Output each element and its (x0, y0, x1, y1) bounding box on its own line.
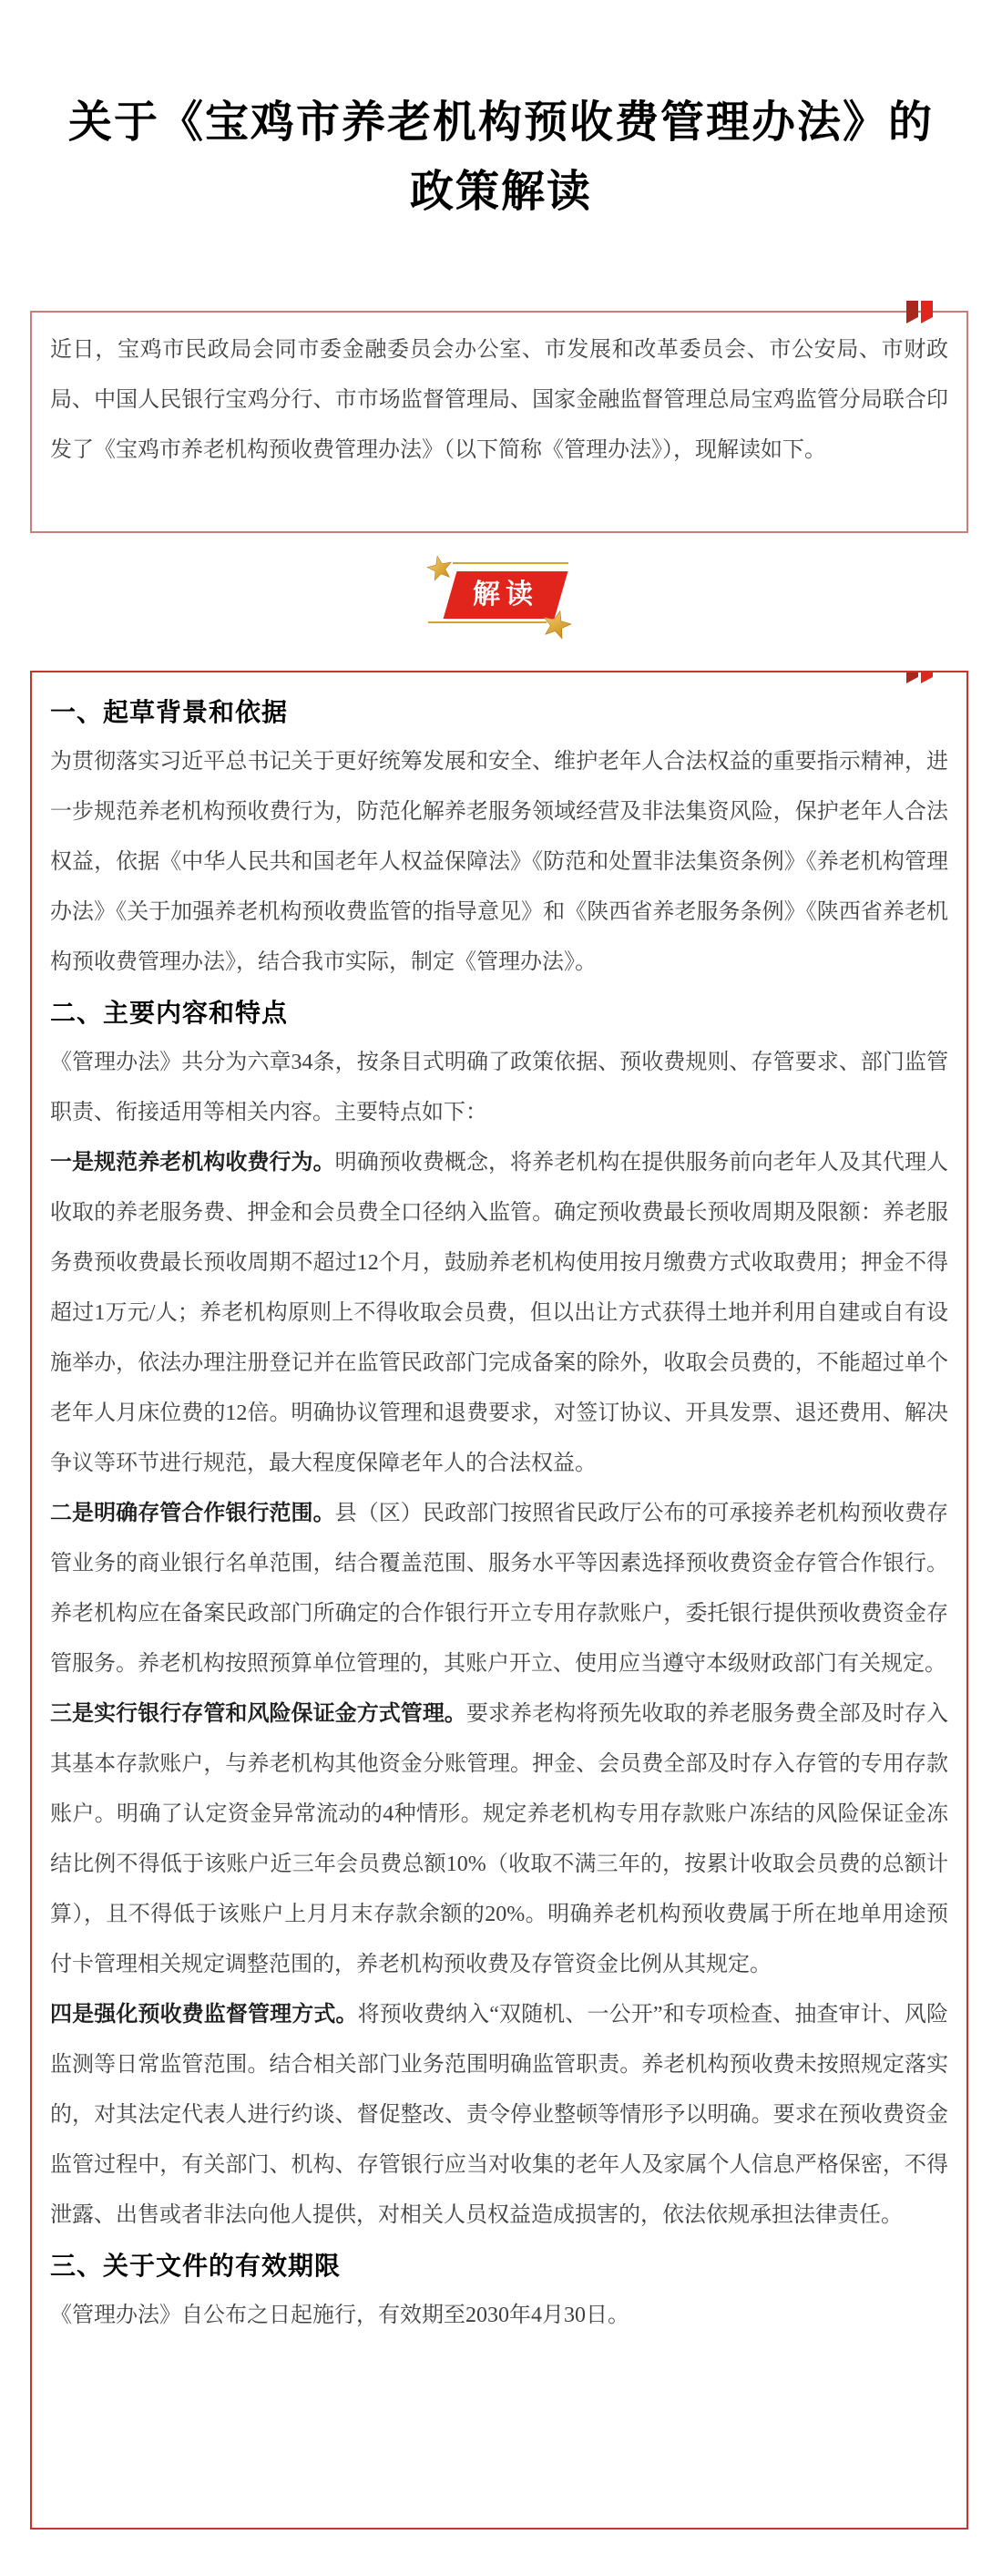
section-1-paragraph: 为贯彻落实习近平总书记关于更好统筹发展和安全、维护老年人合法权益的重要指示精神，… (50, 737, 948, 988)
paragraph-text: 明确预收费概念，将养老机构在提供服务前向老年人及其代理人收取的养老服务费、押金和… (50, 1151, 948, 1475)
paragraph-text: 要求养老构将预先收取的养老服务费全部及时存入其基本存款账户，与养老机构其他资金分… (50, 1702, 948, 1976)
policy-article-page: 关于《宝鸡市养老机构预收费管理办法》的 政策解读 近日，宝鸡市民政局会同市委金融… (0, 0, 1002, 2576)
paragraph-lead: 四是强化预收费监督管理方式。 (50, 2003, 358, 2027)
gold-line-bottom (428, 621, 547, 623)
paragraph-text: 《管理办法》自公布之日起施行，有效期至2030年4月30日。 (50, 2304, 629, 2327)
section-heading-3: 三、关于文件的有效期限 (50, 2241, 948, 2291)
jiedu-badge: 解读 (428, 557, 574, 642)
section-2-point-2: 二是明确存管合作银行范围。县（区）民政部门按照省民政厅公布的可承接养老机构预收费… (50, 1489, 948, 1689)
intro-text: 近日，宝鸡市民政局会同市委金融委员会办公室、市发展和改革委员会、市公安局、市财政… (50, 325, 948, 476)
paragraph-lead: 三是实行银行存管和风险保证金方式管理。 (50, 1702, 466, 1726)
star-icon (541, 610, 572, 641)
section-2-point-4: 四是强化预收费监督管理方式。将预收费纳入“双随机、一公开”和专项检查、抽查审计、… (50, 1990, 948, 2241)
page-title-line2: 政策解读 (0, 158, 1002, 227)
section-3-paragraph: 《管理办法》自公布之日起施行，有效期至2030年4月30日。 (50, 2291, 948, 2341)
intro-box: 近日，宝鸡市民政局会同市委金融委员会办公室、市发展和改革委员会、市公安局、市财政… (30, 311, 968, 533)
double-quote-icon (906, 301, 933, 323)
double-quote-icon (906, 671, 933, 683)
main-content-box: 一、起草背景和依据 为贯彻落实习近平总书记关于更好统筹发展和安全、维护老年人合法… (30, 671, 968, 2530)
section-heading-1: 一、起草背景和依据 (50, 687, 948, 737)
paragraph-lead: 二是明确存管合作银行范围。 (50, 1502, 335, 1525)
page-title-line1: 关于《宝鸡市养老机构预收费管理办法》的 (0, 88, 1002, 158)
paragraph-text: 为贯彻落实习近平总书记关于更好统筹发展和安全、维护老年人合法权益的重要指示精神，… (50, 750, 948, 974)
section-heading-2: 二、主要内容和特点 (50, 988, 948, 1038)
section-2-point-1: 一是规范养老机构收费行为。明确预收费概念，将养老机构在提供服务前向老年人及其代理… (50, 1138, 948, 1489)
paragraph-text: 县（区）民政部门按照省民政厅公布的可承接养老机构预收费存管业务的商业银行名单范围… (50, 1502, 948, 1676)
section-2-point-3: 三是实行银行存管和风险保证金方式管理。要求养老构将预先收取的养老服务费全部及时存… (50, 1689, 948, 1990)
paragraph-text: 《管理办法》共分为六章34条，按条目式明确了政策依据、预收费规则、存管要求、部门… (50, 1051, 948, 1124)
paragraph-lead: 一是规范养老机构收费行为。 (50, 1151, 335, 1175)
section-2-paragraph-overview: 《管理办法》共分为六章34条，按条目式明确了政策依据、预收费规则、存管要求、部门… (50, 1038, 948, 1138)
paragraph-text: 将预收费纳入“双随机、一公开”和专项检查、抽查审计、风险监测等日常监管范围。结合… (50, 2003, 948, 2227)
page-title: 关于《宝鸡市养老机构预收费管理办法》的 政策解读 (0, 0, 1002, 227)
gold-line-top (453, 562, 568, 564)
